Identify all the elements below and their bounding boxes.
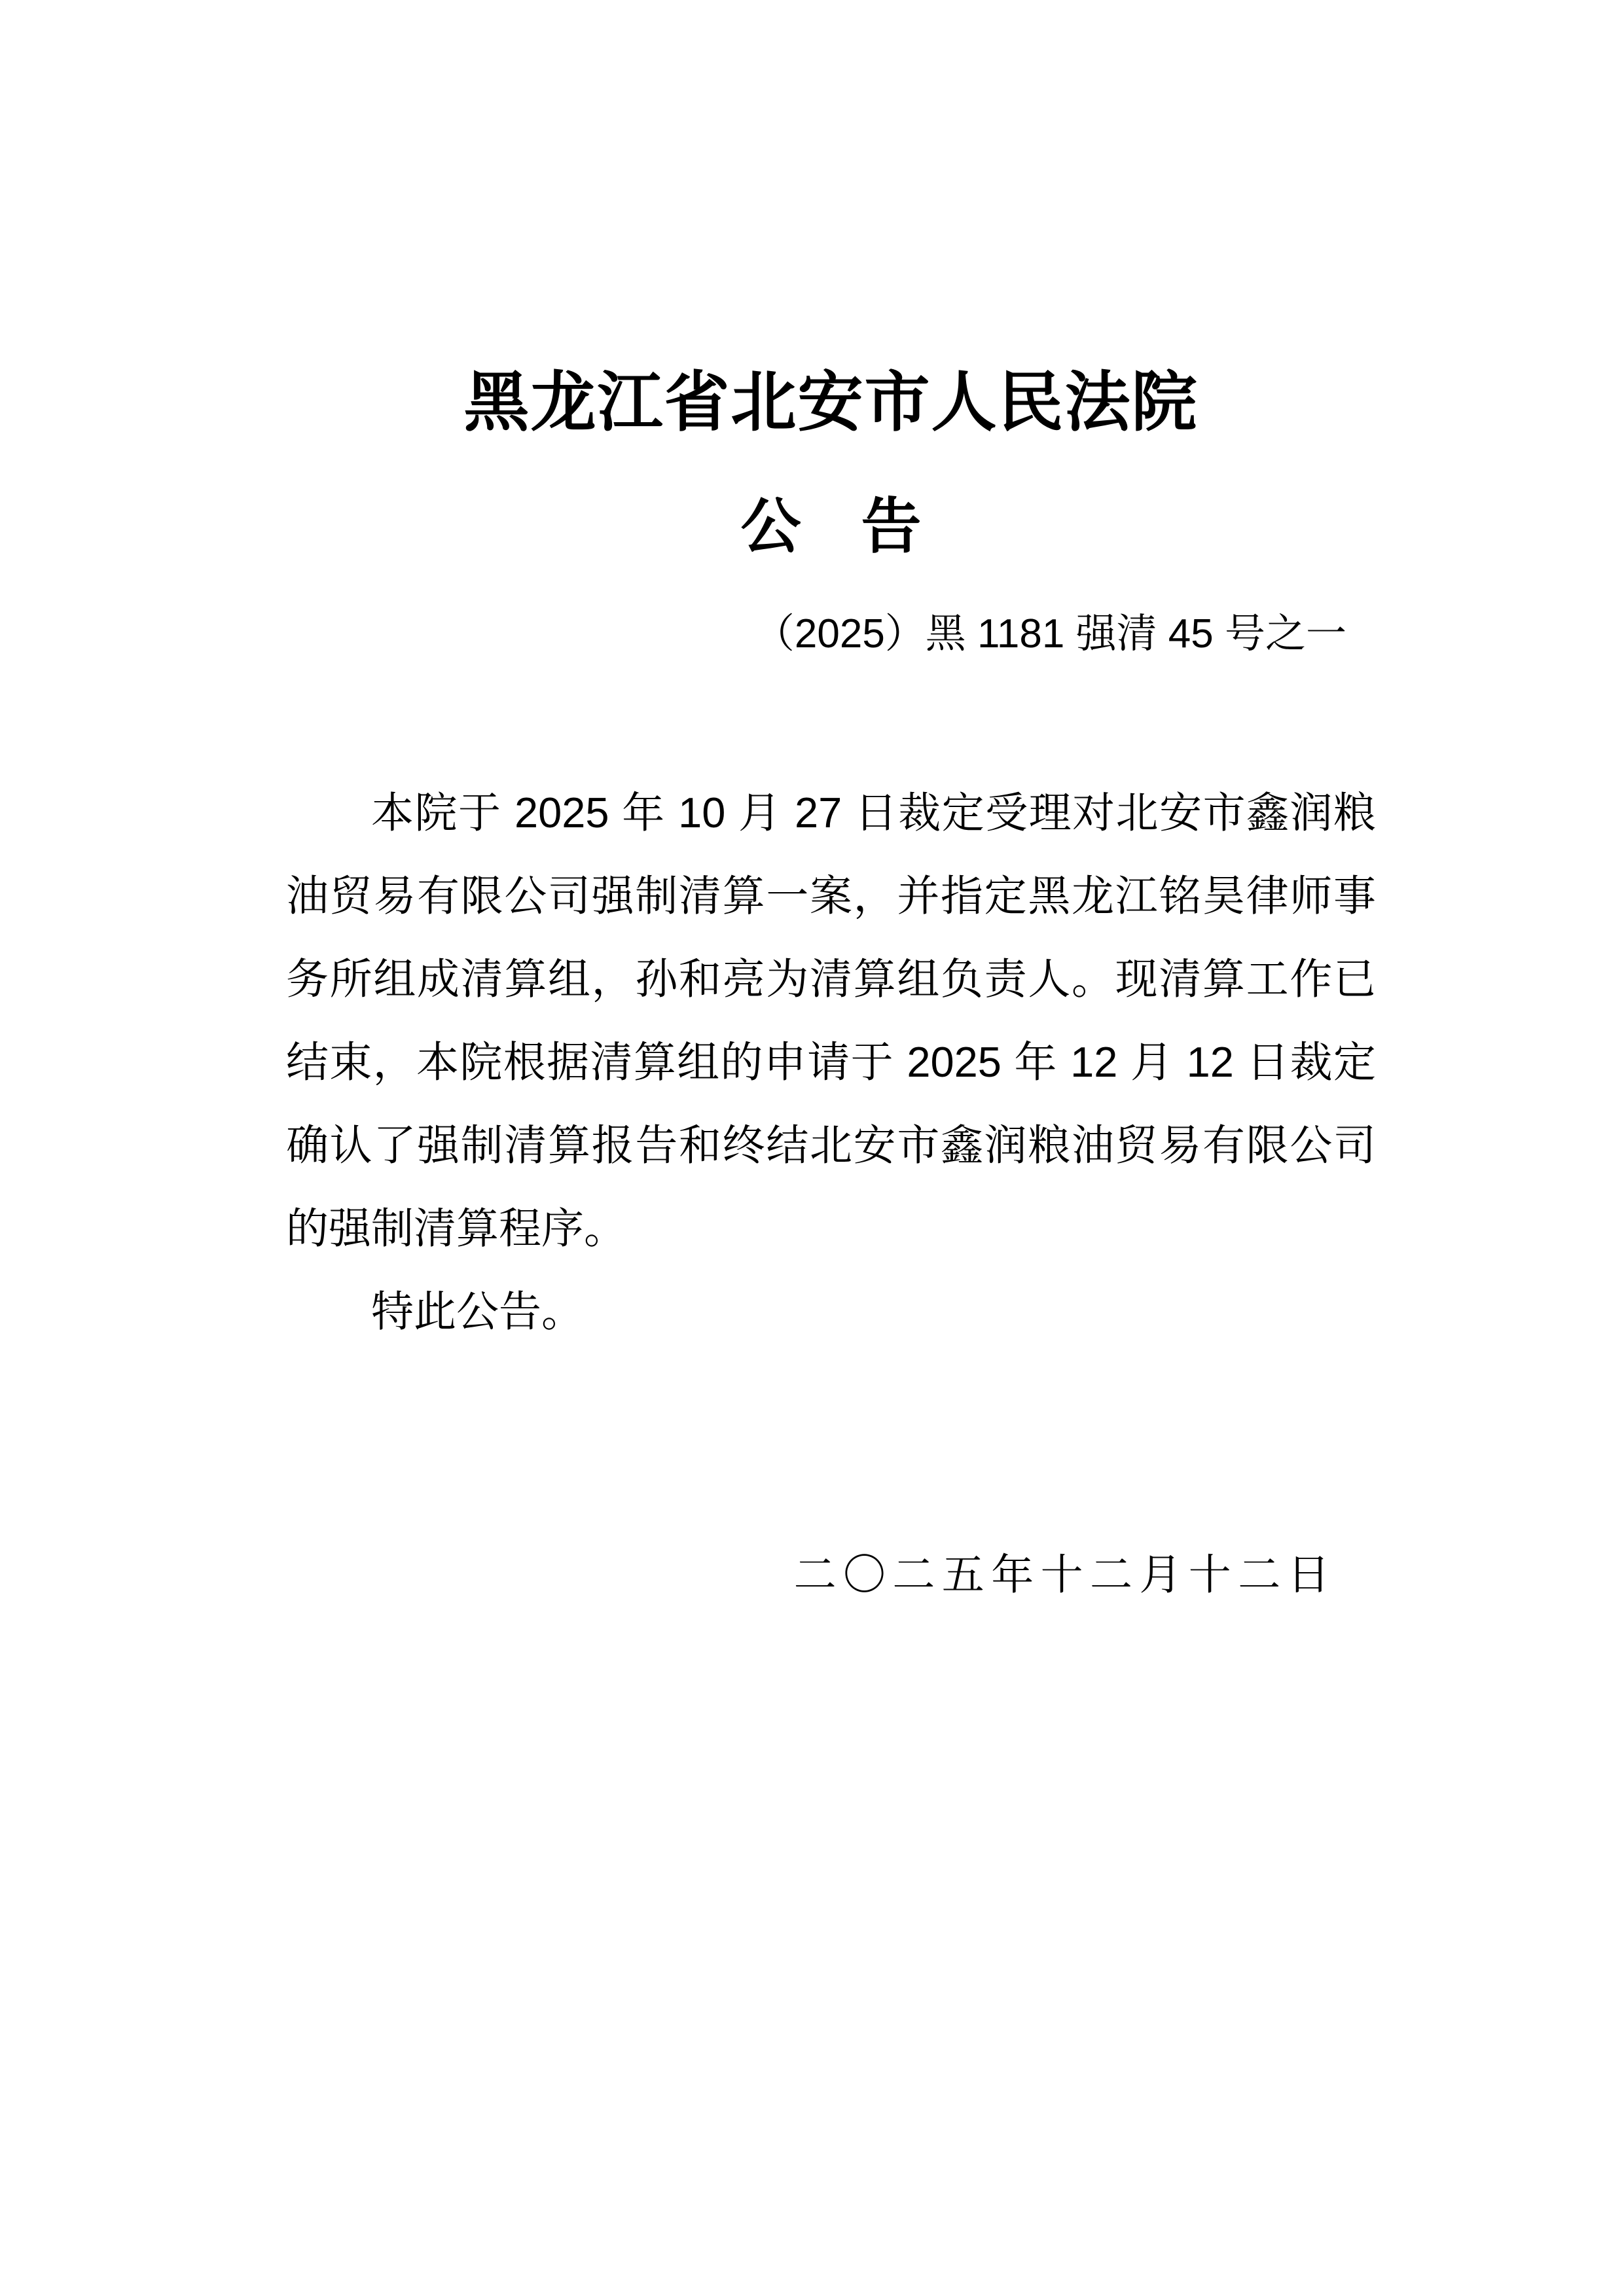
court-name-title: 黑龙江省北安市人民法院 (286, 0, 1376, 439)
announcement-page: 黑龙江省北安市人民法院 公 告 （2025）黑 1181 强清 45 号之一 本… (0, 0, 1624, 2296)
issue-date: 二〇二五年十二月十二日 (286, 1533, 1376, 1616)
body-paragraph-main: 本院于 2025 年 10 月 27 日裁定受理对北安市鑫润粮油贸易有限公司强制… (286, 771, 1376, 1270)
doc-type-title: 公 告 (286, 494, 1376, 560)
announcement-body: 本院于 2025 年 10 月 27 日裁定受理对北安市鑫润粮油贸易有限公司强制… (286, 771, 1376, 1353)
case-number: （2025）黑 1181 强清 45 号之一 (286, 606, 1376, 663)
document-content: 黑龙江省北安市人民法院 公 告 （2025）黑 1181 强清 45 号之一 本… (286, 0, 1376, 1616)
body-paragraph-closing: 特此公告。 (286, 1270, 1376, 1353)
